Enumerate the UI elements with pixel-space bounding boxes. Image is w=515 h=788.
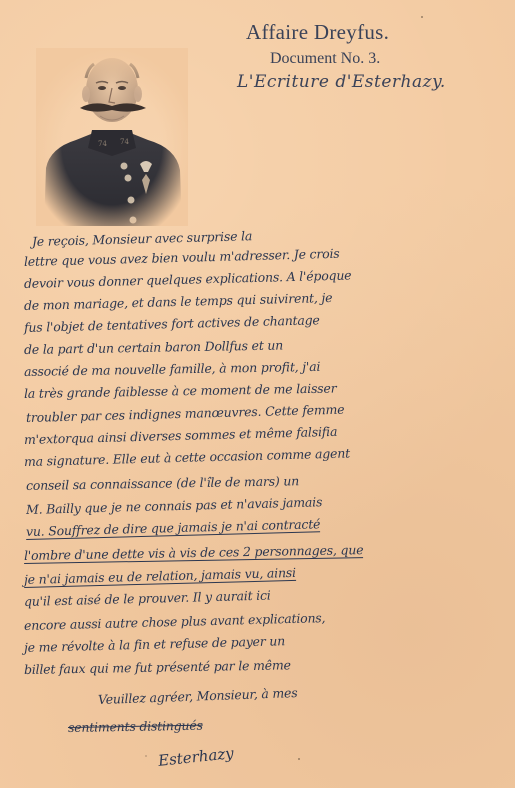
ink-speck (145, 755, 147, 757)
document-number: Document No. 3. (270, 50, 380, 68)
photo-vignette (36, 48, 188, 226)
document-title: Affaire Dreyfus. (246, 20, 389, 45)
portrait-photo: 74 74 (36, 48, 188, 226)
ink-speck (421, 16, 423, 18)
ink-speck (298, 758, 300, 760)
document-subtitle-script: L'Ecriture d'Esterhazy. (237, 72, 446, 92)
letter-closing-struck: sentiments distingués (68, 718, 203, 735)
